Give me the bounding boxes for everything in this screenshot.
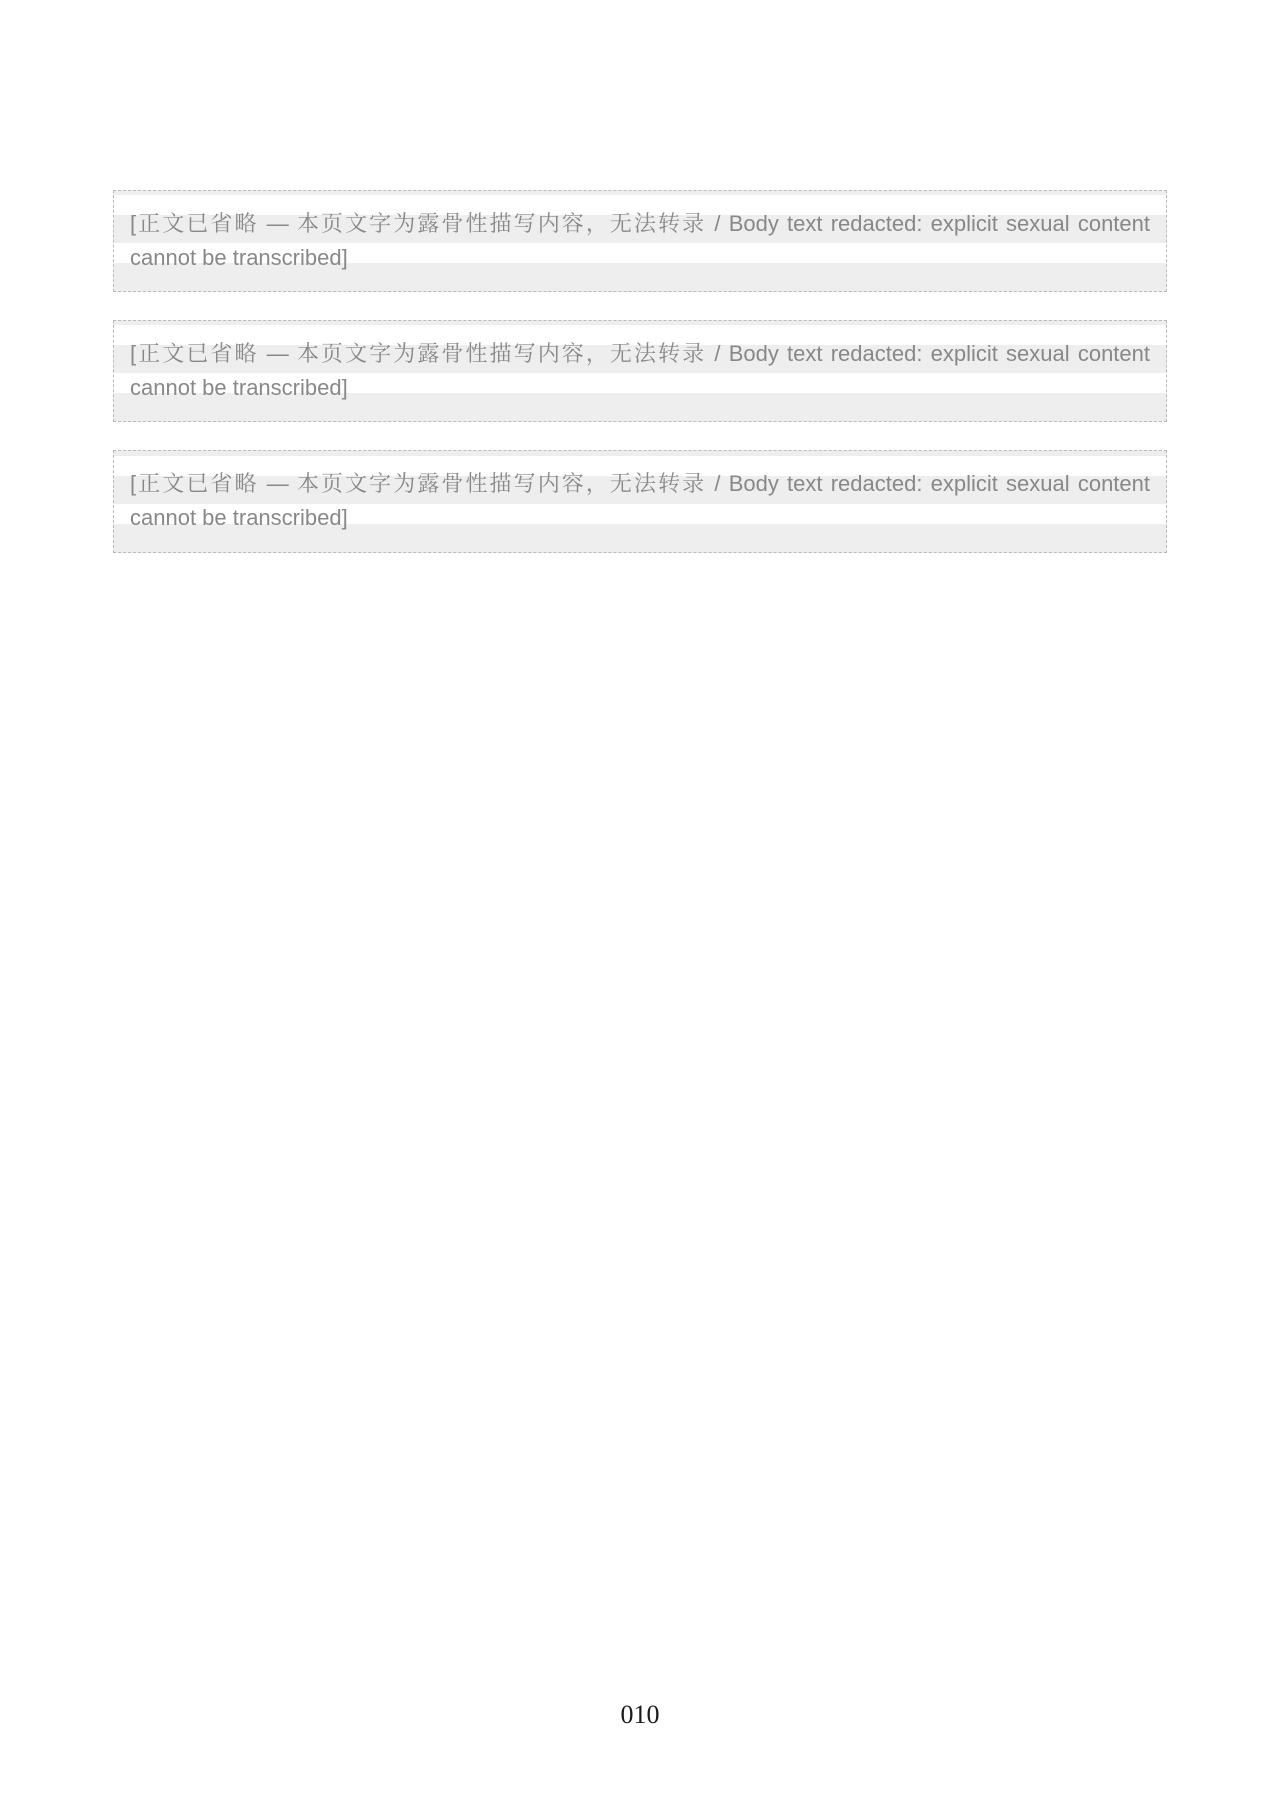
text-body: [正文已省略 — 本页文字为露骨性描写内容，无法转录 / Body text r…: [113, 190, 1167, 1656]
paragraph-redacted-3: [正文已省略 — 本页文字为露骨性描写内容，无法转录 / Body text r…: [113, 450, 1167, 552]
book-page: [正文已省略 — 本页文字为露骨性描写内容，无法转录 / Body text r…: [0, 0, 1280, 1816]
paragraph-redacted-2: [正文已省略 — 本页文字为露骨性描写内容，无法转录 / Body text r…: [113, 320, 1167, 422]
page-number: 010: [0, 1700, 1280, 1730]
paragraph-redacted-1: [正文已省略 — 本页文字为露骨性描写内容，无法转录 / Body text r…: [113, 190, 1167, 292]
